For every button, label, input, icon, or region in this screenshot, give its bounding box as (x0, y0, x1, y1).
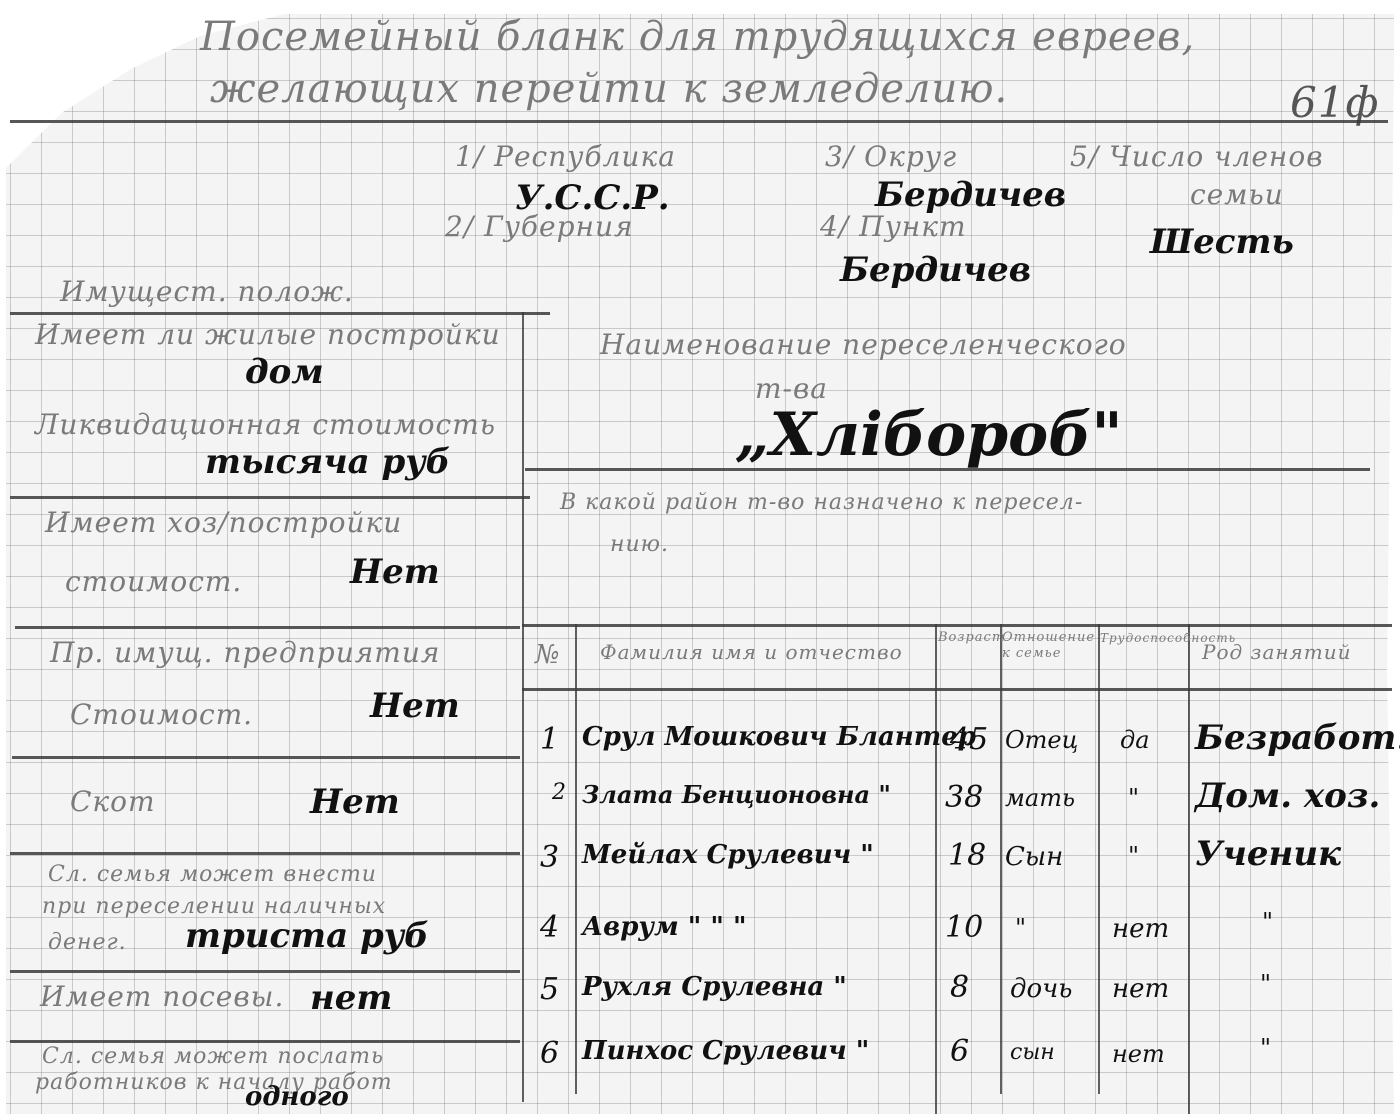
row-name: Злата Бенционовна " (582, 780, 891, 809)
col-header-able: Трудоспособность (1100, 630, 1186, 646)
liquidation-label: Ликвидационная стоимость (35, 408, 496, 441)
row-occupation: " (1260, 970, 1271, 998)
row-relation: Сын (1005, 842, 1063, 872)
col-divider-1 (575, 624, 577, 1094)
cash-label-3: денег. (48, 930, 127, 955)
col-divider-3 (1000, 624, 1002, 1094)
row-occupation: " (1260, 1034, 1271, 1062)
row-no: 3 (540, 840, 559, 875)
workers-value: одного (245, 1082, 349, 1112)
row-occupation: Безработ. (1195, 718, 1400, 758)
row-relation: " (1015, 914, 1026, 942)
row-able: нет (1112, 974, 1169, 1004)
row-relation: Отец (1005, 726, 1078, 754)
livestock-value: Нет (310, 782, 400, 822)
locality-value: Бердичев (840, 250, 1031, 290)
cash-value: триста руб (185, 916, 429, 956)
row-able: " (1128, 784, 1139, 812)
col-header-age: Возраст (938, 630, 998, 646)
row-age: 18 (948, 838, 986, 873)
row-name: Рухля Срулевна " (582, 972, 847, 1002)
workers-label: Сл. семья может послать (42, 1044, 384, 1069)
row-able: да (1120, 726, 1150, 754)
property-heading: Имущест. полож. (60, 275, 354, 308)
divider-1 (10, 496, 530, 499)
row-relation: дочь (1010, 974, 1072, 1004)
family-size-label: 5/ Число членов (1070, 140, 1324, 173)
row-no: 1 (540, 722, 559, 757)
province-label: 2/ Губерния (445, 210, 634, 243)
crops-label: Имеет посевы. (40, 980, 284, 1013)
divider-3 (12, 756, 520, 759)
row-no: 5 (540, 972, 559, 1007)
row-age: 45 (950, 722, 988, 757)
liquidation-value: тысяча руб (205, 442, 450, 482)
col-divider-4 (1098, 624, 1100, 1094)
locality-label: 4/ Пункт (820, 210, 967, 243)
table-header-border (522, 688, 1392, 691)
divider-6 (10, 1040, 520, 1043)
row-occupation: " (1262, 908, 1273, 936)
col-header-name: Фамилия имя и отчество (600, 640, 903, 664)
col-header-occupation: Род занятий (1202, 640, 1352, 664)
table-top-border (522, 624, 1392, 627)
section-divider (522, 312, 524, 1102)
row-name: Срул Мошкович Блантер (582, 722, 976, 752)
row-age: 10 (945, 910, 983, 945)
dwelling-label: Имеет ли жилые постройки (35, 318, 501, 351)
row-occupation: Ученик (1195, 834, 1341, 874)
district-label: 3/ Округ (825, 140, 957, 173)
farm-buildings-value: Нет (350, 552, 440, 592)
family-size-label-2: семьи (1190, 178, 1284, 211)
row-age: 6 (950, 1034, 969, 1069)
divider-5 (10, 970, 520, 973)
partnership-label: Наименование переселенческого (600, 328, 1127, 361)
row-able: нет (1112, 914, 1169, 944)
col-header-no: № (535, 640, 561, 670)
cash-label: Сл. семья может внести (48, 862, 377, 887)
crops-value: нет (310, 978, 392, 1018)
divider-2 (15, 626, 520, 629)
col-header-relation: Отношение к семье (1002, 630, 1096, 662)
dwelling-value: дом (245, 352, 324, 392)
divider-4 (10, 852, 520, 855)
col-divider-2 (935, 624, 937, 1114)
row-relation: сын (1010, 1040, 1055, 1065)
partnership-name: „Хлібороб" (735, 400, 1123, 470)
property-divider (10, 312, 550, 315)
family-size-value: Шесть (1150, 222, 1294, 262)
form-title-line2: желающих перейти к земледелию. (210, 66, 1008, 112)
republic-label: 1/ Республика (455, 140, 676, 173)
row-age: 8 (950, 970, 969, 1005)
row-occupation: Дом. хоз. (1195, 776, 1380, 816)
partnership-divider (525, 468, 1370, 471)
row-able: " (1128, 842, 1139, 870)
row-age: 38 (945, 780, 983, 815)
farm-buildings-label: Имеет хоз/постройки (45, 506, 402, 539)
col-divider-5 (1188, 624, 1190, 1114)
row-relation: мать (1005, 784, 1075, 812)
row-name: Мейлах Срулевич " (582, 840, 874, 870)
title-divider (10, 120, 1388, 123)
row-able: нет (1112, 1040, 1165, 1068)
region-label: В какой район т-во назначено к пересел- (560, 490, 1083, 515)
enterprise-value: Нет (370, 686, 460, 726)
farm-buildings-cost-label: стоимост. (65, 565, 242, 598)
form-title-line1: Посемейный бланк для трудящихся евреев, (200, 14, 1195, 60)
district-value: Бердичев (875, 175, 1066, 215)
region-label-2: нию. (610, 532, 669, 557)
row-no: 2 (552, 780, 566, 805)
livestock-label: Скот (70, 785, 156, 818)
row-no: 6 (540, 1036, 559, 1071)
row-name: Пинхос Срулевич " (582, 1036, 869, 1066)
row-name: Аврум " " " (582, 912, 747, 942)
row-no: 4 (540, 910, 559, 945)
enterprise-cost-label: Стоимост. (70, 698, 253, 731)
enterprise-label: Пр. имущ. предприятия (50, 636, 440, 669)
